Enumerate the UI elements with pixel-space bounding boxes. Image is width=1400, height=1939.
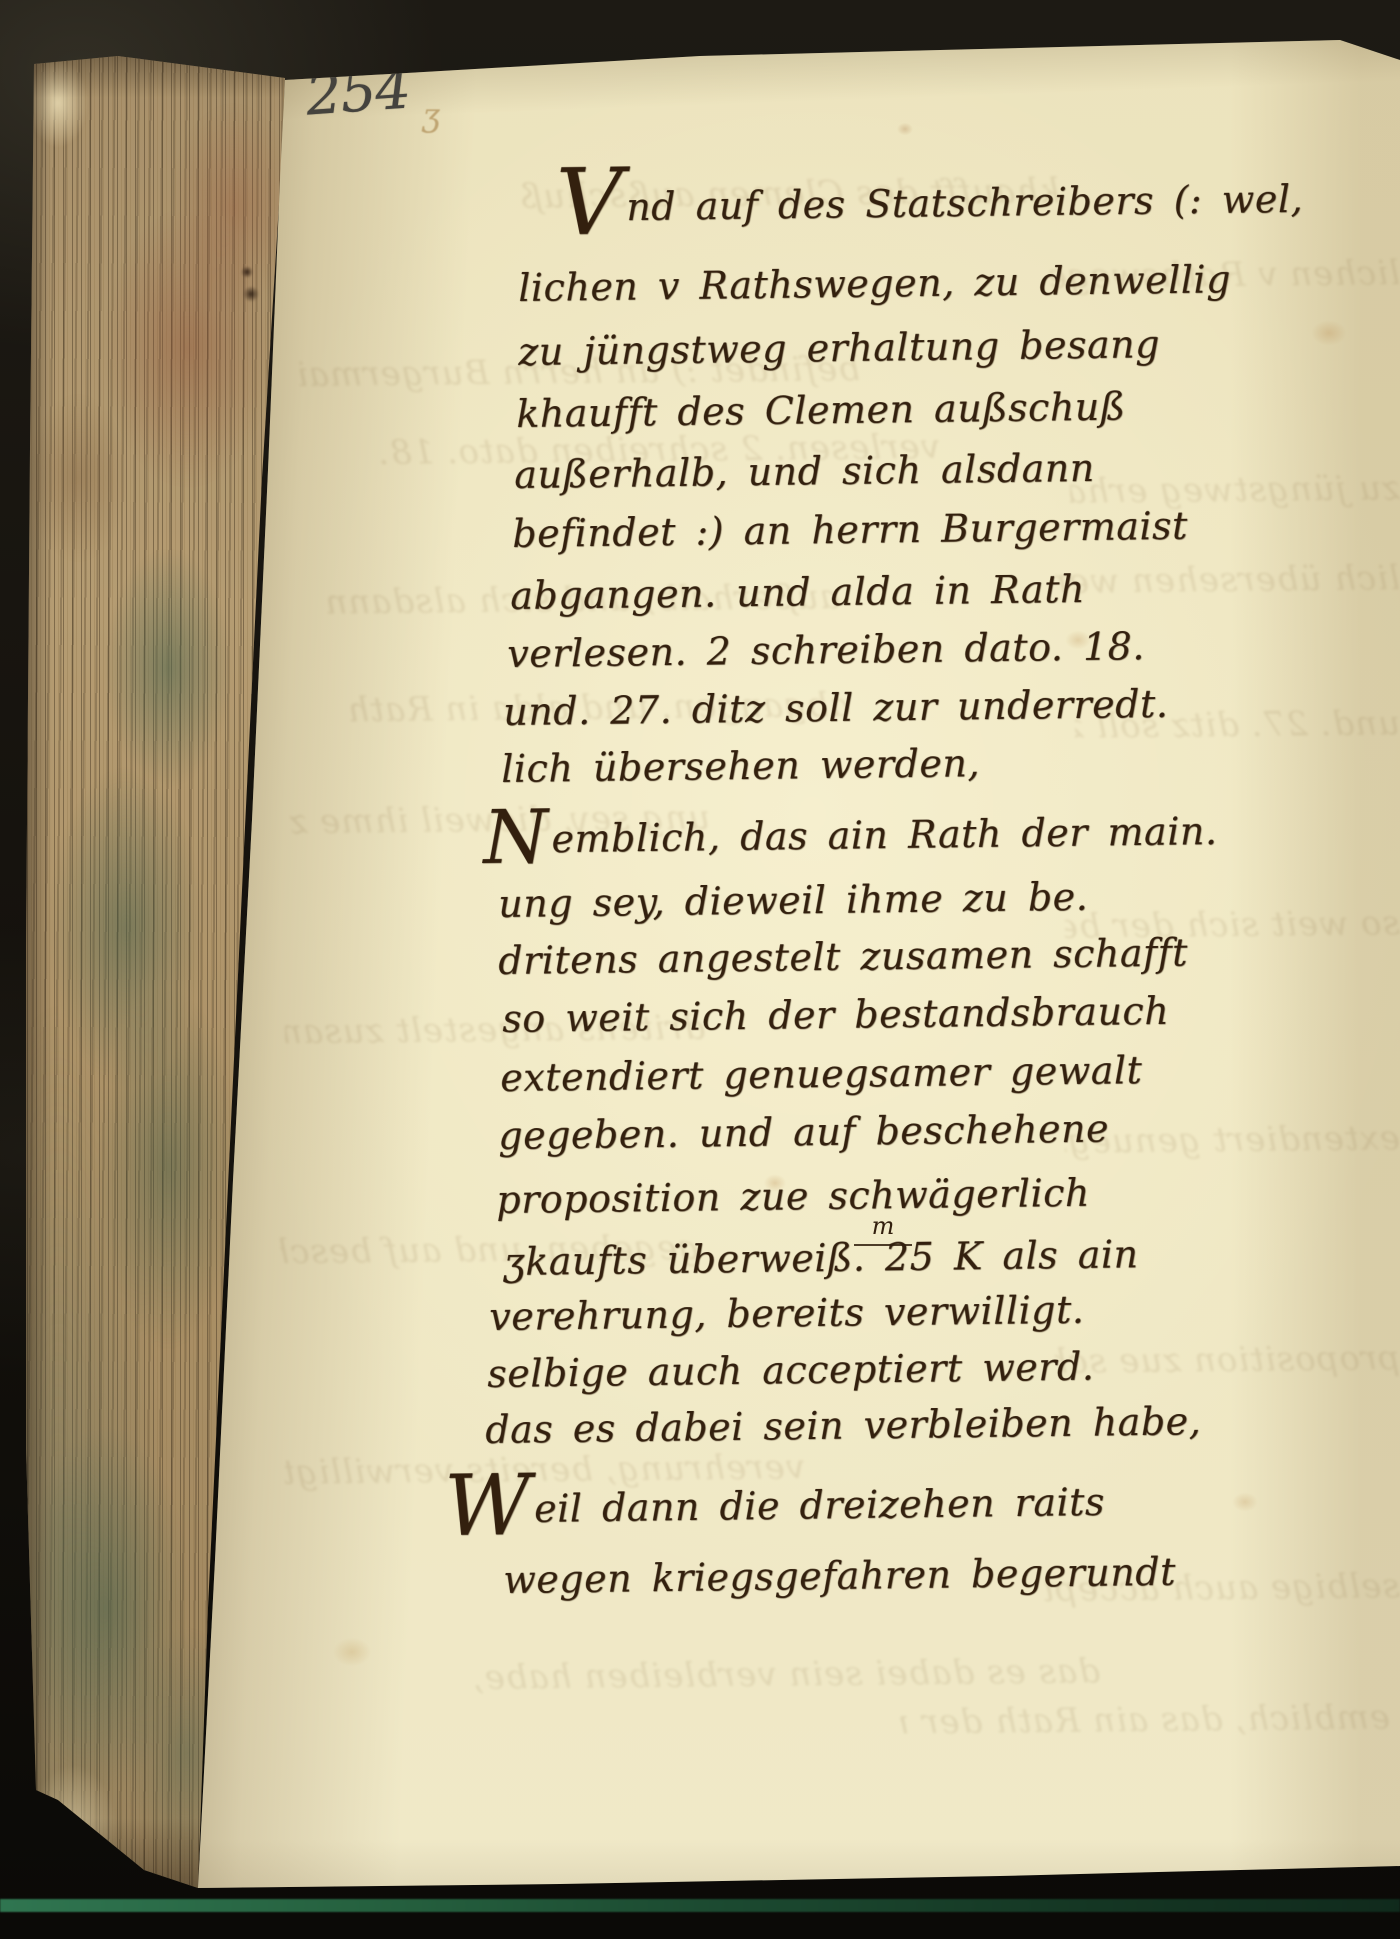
line-text: proposition zue schwägerlich — [496, 1171, 1090, 1222]
manuscript-line: Vnd auf des Statschreibers (: wel, — [556, 177, 1303, 230]
line-initial: V — [556, 148, 624, 256]
manuscript-line: und. 27. ditz soll zur underredt. — [503, 682, 1169, 734]
manuscript-line: wegen kriegsgefahren begerundt — [503, 1550, 1176, 1602]
manuscript-line: proposition zue schwägerlich — [496, 1171, 1090, 1222]
manuscript-line: abgangen. und alda in Rath — [510, 567, 1085, 618]
superscript-annotation: m — [854, 1212, 912, 1246]
line-text: khaufft des Clemen außschuß — [516, 385, 1126, 436]
line-text: verlesen. 2 schreiben dato. 18. — [507, 624, 1145, 676]
manuscript-photograph: khaufft des Clemen außschußlichen v Rath… — [0, 0, 1400, 1939]
manuscript-line: verehrung, bereits verwilligt. — [489, 1288, 1085, 1339]
manuscript-line: Nemblich, das ain Rath der main. — [483, 809, 1218, 862]
line-text: abgangen. und alda in Rath — [510, 567, 1085, 618]
table-green-stripe — [0, 1899, 1400, 1912]
line-text: lich übersehen werden, — [501, 741, 980, 791]
manuscript-line: lichen v Rathswegen, zu denwellig — [518, 257, 1231, 310]
manuscript-line: dritens angestelt zusamen schafft — [498, 931, 1188, 983]
line-text: und. 27. ditz soll zur underredt. — [503, 682, 1169, 734]
manuscript-line: ʒkaufts überweiß. 25 K als ain — [503, 1232, 1139, 1284]
line-text: ung sey, dieweil ihme zu be. — [498, 875, 1088, 926]
line-text: extendiert genuegsamer gewalt — [500, 1048, 1143, 1100]
line-text: gegeben. und auf beschehene — [498, 1107, 1109, 1158]
line-initial: W — [444, 1456, 532, 1555]
line-text: emblich, das ain Rath der main. — [551, 809, 1217, 861]
manuscript-line: außerhalb, und sich alsdann — [514, 446, 1095, 497]
manuscript-line: selbige auch acceptiert werd. — [487, 1345, 1095, 1396]
line-text: außerhalb, und sich alsdann — [514, 446, 1095, 497]
line-text: wegen kriegsgefahren begerundt — [503, 1550, 1176, 1602]
manuscript-line: Weil dann die dreizehen raits — [444, 1480, 1105, 1532]
line-initial: N — [483, 795, 549, 882]
line-text: eil dann die dreizehen raits — [534, 1480, 1105, 1531]
line-text: verehrung, bereits verwilligt. — [489, 1288, 1085, 1339]
manuscript-line: gegeben. und auf beschehene — [498, 1107, 1109, 1158]
line-text: das es dabei sein verbleiben habe, — [485, 1399, 1201, 1452]
manuscript-line: extendiert genuegsamer gewalt — [500, 1048, 1143, 1100]
line-text: befindet :) an herrn Burgermaist — [512, 504, 1188, 556]
manuscript-line: ung sey, dieweil ihme zu be. — [498, 875, 1088, 926]
line-text: lichen v Rathswegen, zu denwellig — [518, 257, 1231, 310]
line-text: ʒkaufts überweiß. 25 K als ain — [503, 1232, 1139, 1284]
line-text: zu jüngstweg erhaltung besang — [518, 322, 1160, 374]
manuscript-line: befindet :) an herrn Burgermaist — [512, 504, 1188, 556]
manuscript-line: khaufft des Clemen außschuß — [516, 385, 1126, 436]
line-text: selbige auch acceptiert werd. — [487, 1345, 1095, 1396]
line-text: nd auf des Statschreibers (: wel, — [626, 177, 1303, 229]
line-text: so weit sich der bestandsbrauch — [502, 989, 1169, 1041]
line-text: dritens angestelt zusamen schafft — [498, 931, 1188, 983]
manuscript-line: zu jüngstweg erhaltung besang — [518, 322, 1160, 374]
manuscript-line: lich übersehen werden, — [501, 741, 980, 791]
manuscript-line: so weit sich der bestandsbrauch — [502, 989, 1169, 1041]
manuscript-line: das es dabei sein verbleiben habe, — [485, 1399, 1201, 1452]
manuscript-line: verlesen. 2 schreiben dato. 18. — [507, 624, 1145, 676]
